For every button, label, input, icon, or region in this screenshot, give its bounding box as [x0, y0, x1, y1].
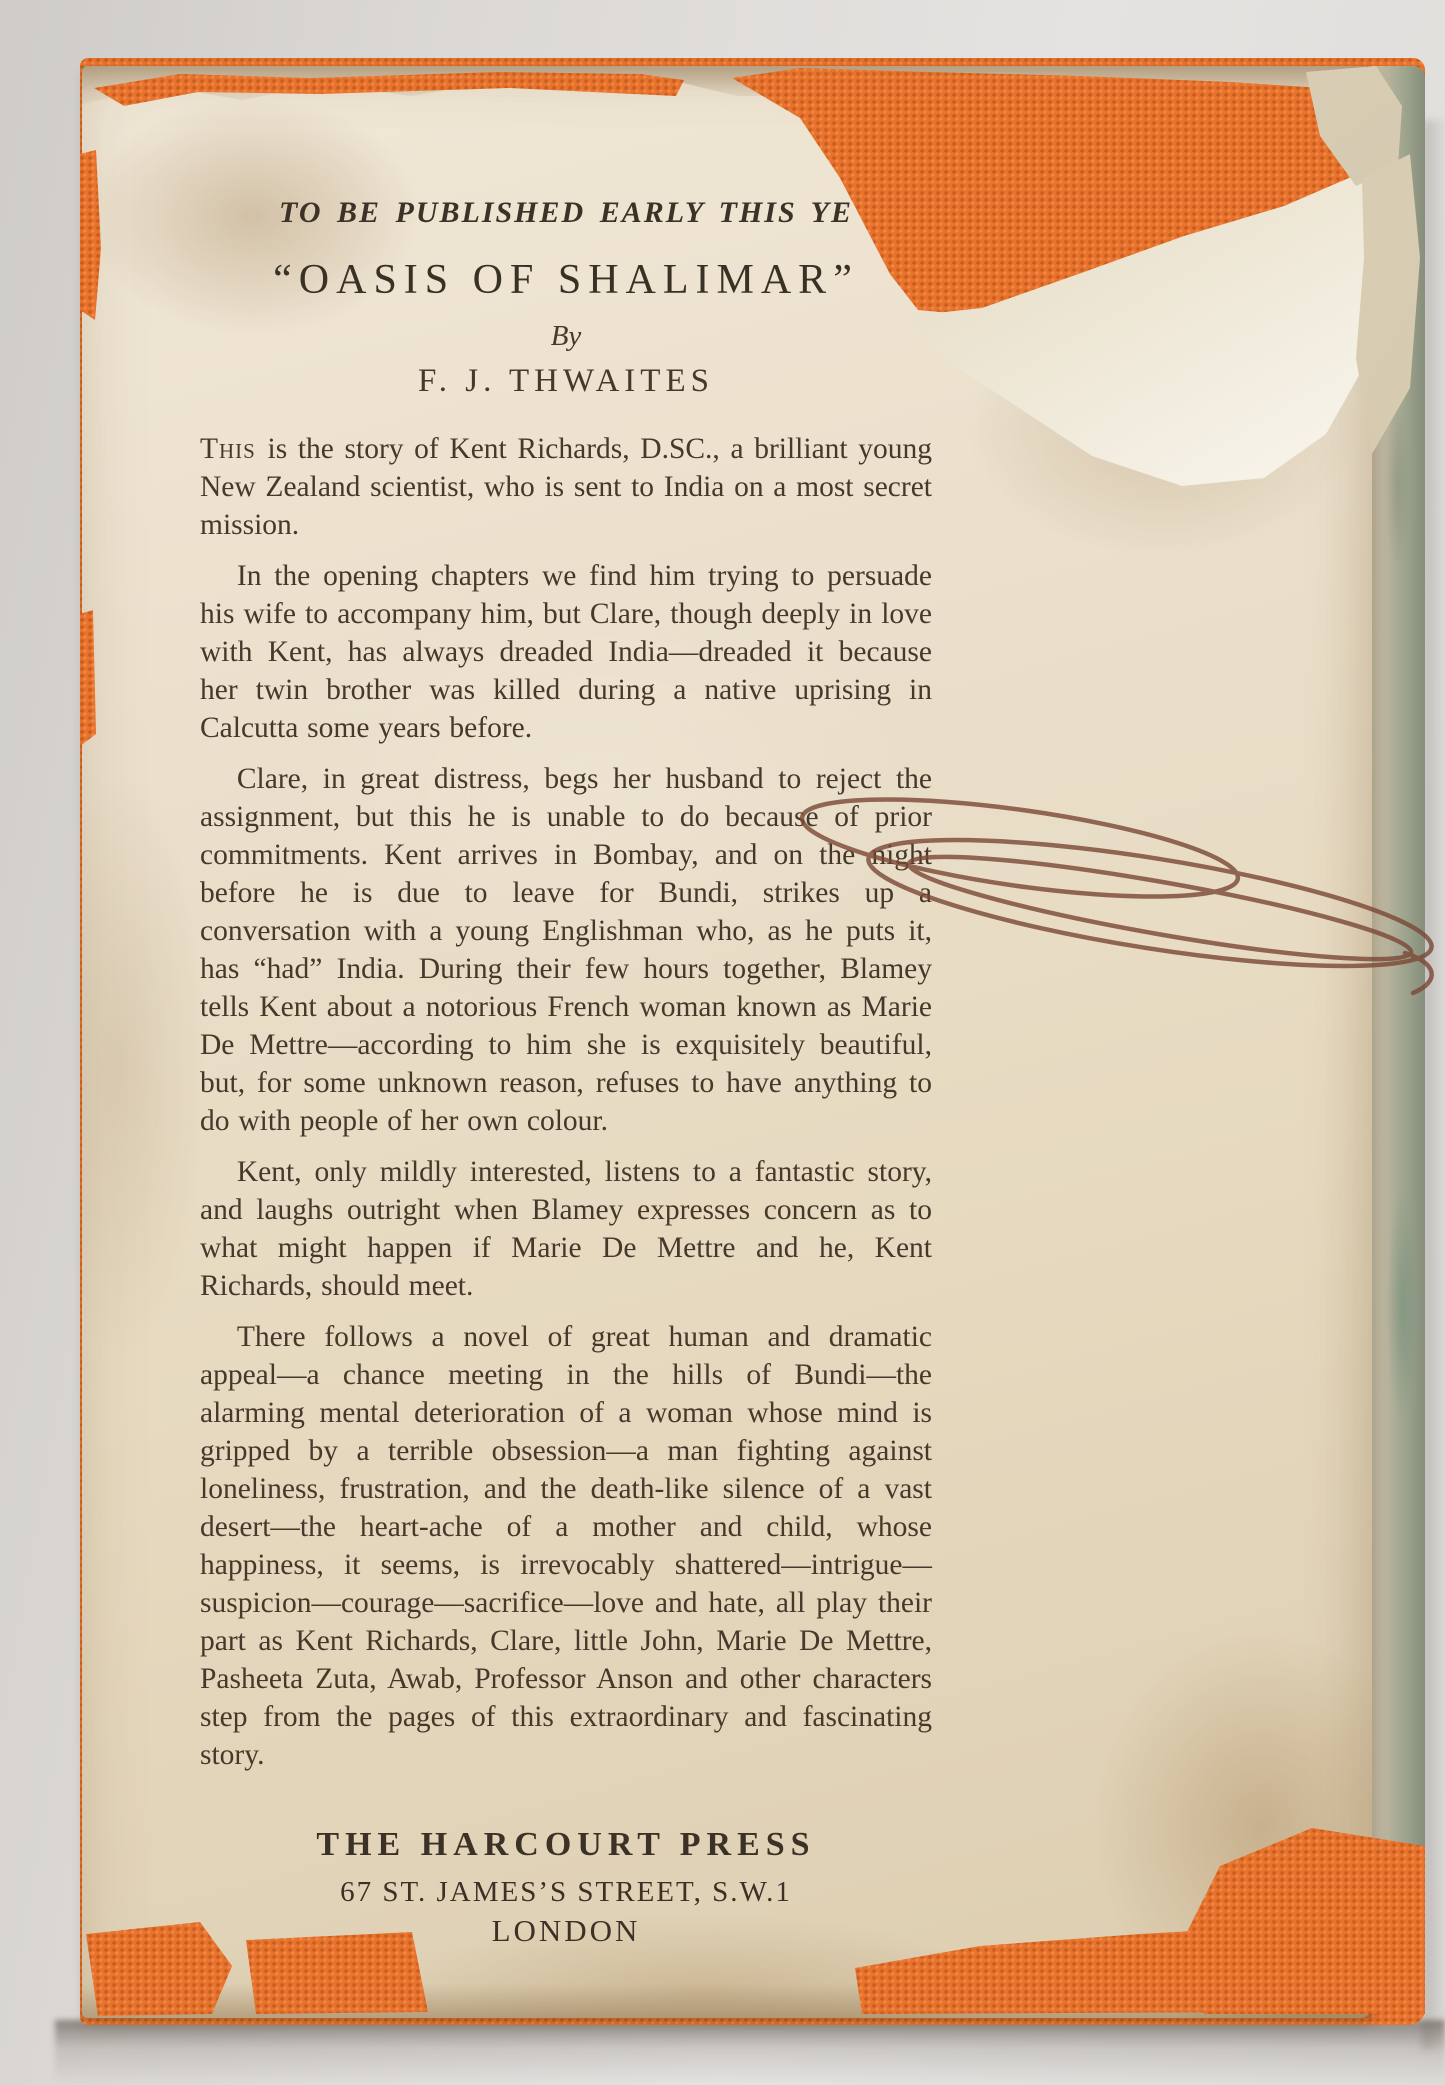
publisher-block: THE HARCOURT PRESS 67 ST. JAMES’S STREET… [200, 1826, 932, 1949]
by-label: By [200, 320, 932, 353]
paragraph-lead-smallcaps: This [200, 433, 268, 465]
publication-header: TO BE PUBLISHED EARLY THIS YE [200, 196, 932, 230]
book-cast-shadow [55, 2020, 1445, 2084]
photo-background: TO BE PUBLISHED EARLY THIS YE “OASIS OF … [0, 0, 1445, 2085]
blurb-paragraph: In the opening chapters we find him tryi… [200, 557, 932, 747]
book: TO BE PUBLISHED EARLY THIS YE “OASIS OF … [80, 58, 1425, 2025]
book-side-shadow [1422, 120, 1445, 2050]
author-name: F. J. THWAITES [200, 363, 932, 400]
publisher-name: THE HARCOURT PRESS [200, 1826, 932, 1864]
blurb-paragraph: There follows a novel of great human and… [200, 1318, 932, 1774]
pen-scribble-annotation [670, 748, 1445, 1078]
blurb-paragraph: This is the story of Kent Richards, D.SC… [200, 430, 932, 544]
publisher-address: 67 ST. JAMES’S STREET, S.W.1 [200, 1876, 932, 1909]
blurb-paragraphs: This is the story of Kent Richards, D.SC… [200, 430, 932, 1774]
blurb-paragraph: Kent, only mildly interested, listens to… [200, 1153, 932, 1305]
book-title: “OASIS OF SHALIMAR” [200, 256, 932, 304]
